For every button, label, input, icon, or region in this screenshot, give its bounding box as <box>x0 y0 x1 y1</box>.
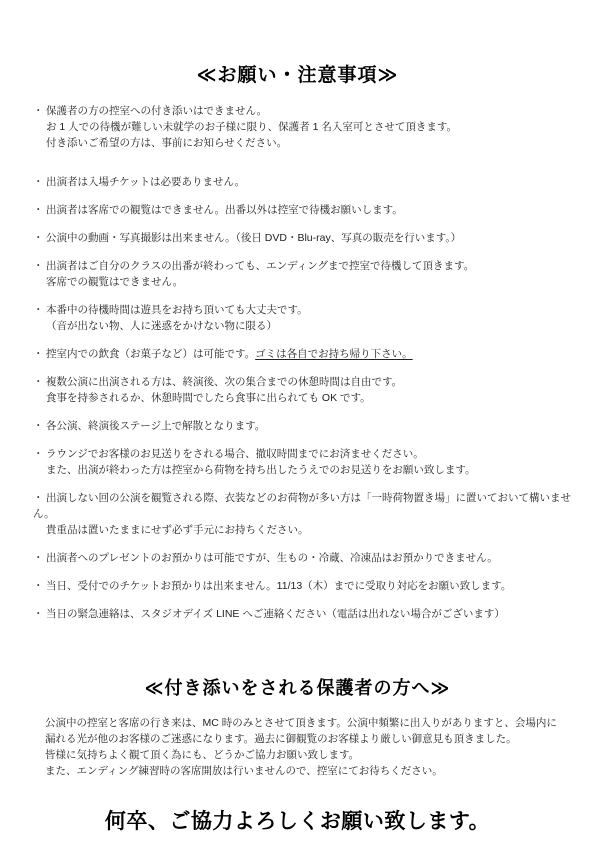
notice-line: （音が出ない物、人に迷惑をかけない物に限る） <box>33 318 580 334</box>
notice-line: ・当日の緊急連絡は、スタジオデイズ LINE へご連絡ください（電話は出れない場… <box>33 606 580 622</box>
bullet-marker: ・ <box>33 174 46 190</box>
notice-item: ・当日、受付でのチケットお預かりは出来ません。11/13（木）までに受取り対応を… <box>33 578 580 594</box>
bullet-marker: ・ <box>33 374 46 390</box>
notice-line: ・複数公演に出演される方は、終演後、次の集合までの休憩時間は自由です。 <box>33 374 580 390</box>
notice-line: 付き添いご希望の方は、事前にお知らせください。 <box>33 135 580 151</box>
notice-item: ・当日の緊急連絡は、スタジオデイズ LINE へご連絡ください（電話は出れない場… <box>33 606 580 622</box>
notice-line: ・控室内での飲食（お菓子など）は可能です。ゴミは各自でお持ち帰り下さい。 <box>33 346 580 362</box>
bullet-marker: ・ <box>33 202 46 218</box>
bullet-marker: ・ <box>33 578 46 594</box>
bullet-marker: ・ <box>33 606 46 622</box>
bullet-marker: ・ <box>33 258 46 274</box>
notice-item: ・出演者はご自分のクラスの出番が終わっても、エンディングまで控室で待機して頂きま… <box>33 258 580 290</box>
notice-item: ・各公演、終演後ステージ上で解散となります。 <box>33 418 580 434</box>
notice-line: ・出演者はご自分のクラスの出番が終わっても、エンディングまで控室で待機して頂きま… <box>33 258 580 274</box>
notice-item: ・出演者は入場チケットは必要ありません。 <box>33 174 580 190</box>
bullet-marker: ・ <box>33 490 46 506</box>
notice-line: ・出演しない回の公演を観覧される際、衣装などのお荷物が多い方は「一時荷物置き場」… <box>33 490 580 522</box>
bullet-marker: ・ <box>33 550 46 566</box>
notice-item: ・公演中の動画・写真撮影は出来ません。（後日 DVD・Blu-ray、写真の販売… <box>33 230 580 246</box>
notice-line: 客席での観覧はできません。 <box>33 274 580 290</box>
notice-line: また、出演が終わった方は控室から荷物を持ち出したうえでのお見送りをお願い致します… <box>33 462 580 478</box>
bullet-marker: ・ <box>33 346 46 362</box>
bullet-marker: ・ <box>33 446 46 462</box>
notice-item: ・出演しない回の公演を観覧される際、衣装などのお荷物が多い方は「一時荷物置き場」… <box>33 490 580 538</box>
notice-line: 貴重品は置いたままにせず必ず手元にお持ちください。 <box>33 522 580 538</box>
notice-item: ・ラウンジでお客様のお見送りをされる場合、撤収時間までにお済ませください。 また… <box>33 446 580 478</box>
guardian-paragraph: 公演中の控室と客席の行き来は、MC 時のみとさせて頂きます。公演中頻繁に出入りが… <box>45 715 580 779</box>
bullet-marker: ・ <box>33 230 46 246</box>
notice-line: ・保護者の方の控室への付き添いはできません。 <box>33 103 580 119</box>
notice-item: ・控室内での飲食（お菓子など）は可能です。ゴミは各自でお持ち帰り下さい。 <box>33 346 580 362</box>
notice-line: 食事を持参されるか、休憩時間でしたら食事に出られても OK です。 <box>33 390 580 406</box>
notice-line: ・公演中の動画・写真撮影は出来ません。（後日 DVD・Blu-ray、写真の販売… <box>33 230 580 246</box>
paragraph-line: 漏れる光が他のお客様のご迷惑になります。過去に御観覧のお客様より厳しい御意見も頂… <box>45 731 580 747</box>
bullet-marker: ・ <box>33 418 46 434</box>
closing-statement: 何卒、ご協力よろしくお願い致します。 <box>0 779 595 835</box>
notice-list: ・保護者の方の控室への付き添いはできません。 お 1 人での待機が難しい未就学の… <box>33 103 580 622</box>
notice-page: ≪お願い・注意事項≫ ・保護者の方の控室への付き添いはできません。 お 1 人で… <box>0 0 595 842</box>
bullet-marker: ・ <box>33 103 46 119</box>
notice-line: ・当日、受付でのチケットお預かりは出来ません。11/13（木）までに受取り対応を… <box>33 578 580 594</box>
notice-line: ・出演者は入場チケットは必要ありません。 <box>33 174 580 190</box>
notice-item: ・出演者は客席での観覧はできません。出番以外は控室で待機お願いします。 <box>33 202 580 218</box>
notice-item: ・複数公演に出演される方は、終演後、次の集合までの休憩時間は自由です。 食事を持… <box>33 374 580 406</box>
notice-line: ・本番中の待機時間は遊具をお持ち頂いても大丈夫です。 <box>33 302 580 318</box>
notice-line: ・各公演、終演後ステージ上で解散となります。 <box>33 418 580 434</box>
paragraph-line: 公演中の控室と客席の行き来は、MC 時のみとさせて頂きます。公演中頻繁に出入りが… <box>45 715 580 731</box>
notice-item: ・出演者へのプレゼントのお預かりは可能ですが、生もの・冷蔵、冷凍品はお預かりでき… <box>33 550 580 566</box>
notice-line: ・出演者は客席での観覧はできません。出番以外は控室で待機お願いします。 <box>33 202 580 218</box>
bullet-marker: ・ <box>33 302 46 318</box>
notice-line: お 1 人での待機が難しい未就学のお子様に限り、保護者 1 名入室可とさせて頂き… <box>33 119 580 135</box>
paragraph-line: 皆様に気持ちよく観て頂く為にも、どうかご協力お願い致します。 <box>45 747 580 763</box>
notice-text: 控室内での飲食（お菓子など）は可能です。 <box>46 348 255 360</box>
page-title: ≪お願い・注意事項≫ <box>0 0 595 87</box>
notice-line: ・ラウンジでお客様のお見送りをされる場合、撤収時間までにお済ませください。 <box>33 446 580 462</box>
notice-item: ・保護者の方の控室への付き添いはできません。 お 1 人での待機が難しい未就学の… <box>33 103 580 151</box>
underlined-text: ゴミは各自でお持ち帰り下さい。 <box>255 348 413 360</box>
paragraph-line: また、エンディング練習時の客席開放は行いませんので、控室にてお待ちください。 <box>45 763 580 779</box>
notice-item: ・本番中の待機時間は遊具をお持ち頂いても大丈夫です。 （音が出ない物、人に迷惑を… <box>33 302 580 334</box>
notice-line: ・出演者へのプレゼントのお預かりは可能ですが、生もの・冷蔵、冷凍品はお預かりでき… <box>33 550 580 566</box>
section-title: ≪付き添いをされる保護者の方へ≫ <box>0 634 595 700</box>
